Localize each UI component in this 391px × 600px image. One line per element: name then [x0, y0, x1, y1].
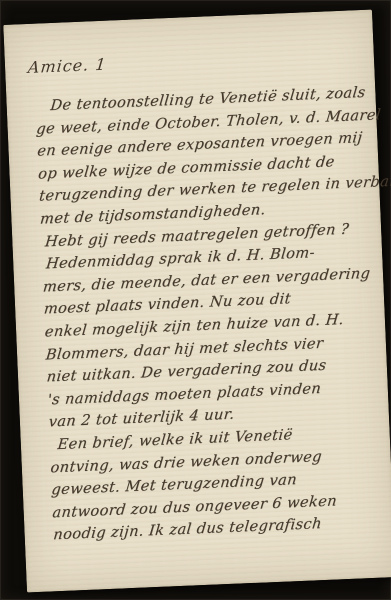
letter-body: De tentoonstelling te Venetië sluit, zoa…	[33, 82, 386, 547]
photo-background: { "letter": { "salutation": "Amice. 1", …	[0, 0, 391, 600]
letter-paper: Amice. 1 De tentoonstelling te Venetië s…	[3, 10, 391, 593]
salutation: Amice. 1	[27, 55, 107, 77]
